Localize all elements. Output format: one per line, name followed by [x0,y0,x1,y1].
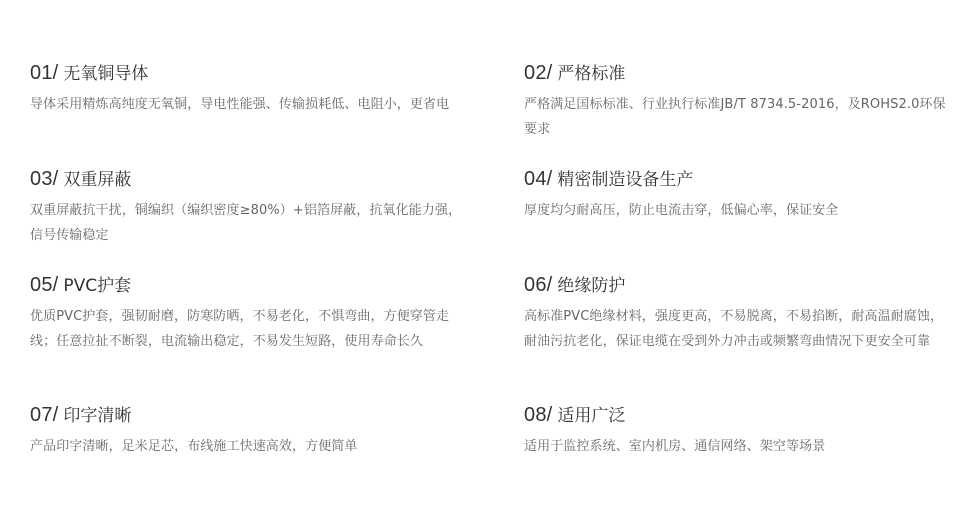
feature-title-text: 适用广泛 [557,404,625,428]
feature-description: 双重屏蔽抗干扰，铜编织（编织密度≥80%）+铝箔屏蔽，抗氧化能力强，信号传输稳定 [30,198,470,248]
feature-number: 07/ [30,403,58,427]
feature-item-shielding: 03/ 双重屏蔽 双重屏蔽抗干扰，铜编织（编织密度≥80%）+铝箔屏蔽，抗氧化能… [30,167,470,248]
feature-item-insulation: 06/ 绝缘防护 高标准PVC绝缘材料，强度更高，不易脱离，不易掐断，耐高温耐腐… [524,273,954,354]
feature-title: 08/ 适用广泛 [524,403,954,428]
feature-grid: 01/ 无氧铜导体 导体采用精炼高纯度无氧铜，导电性能强、传输损耗低、电阻小，更… [0,0,979,518]
feature-description: 适用于监控系统、室内机房、通信网络、架空等场景 [524,434,954,459]
feature-description: 产品印字清晰，足米足芯，布线施工快速高效，方便简单 [30,434,470,459]
feature-title: 06/ 绝缘防护 [524,273,954,298]
feature-number: 01/ [30,61,58,85]
feature-title-text: PVC护套 [63,274,131,298]
feature-number: 08/ [524,403,552,427]
feature-title-text: 严格标准 [557,62,625,86]
feature-item-standard: 02/ 严格标准 严格满足国标标准、行业执行标准JB/T 8734.5-2016… [524,61,954,142]
feature-title: 03/ 双重屏蔽 [30,167,470,192]
feature-title-text: 精密制造设备生产 [557,168,693,192]
feature-title-text: 无氧铜导体 [63,62,148,86]
feature-description: 高标准PVC绝缘材料，强度更高，不易脱离，不易掐断，耐高温耐腐蚀，耐油污抗老化，… [524,304,954,354]
feature-number: 05/ [30,273,58,297]
feature-title-text: 绝缘防护 [557,274,625,298]
feature-title: 04/ 精密制造设备生产 [524,167,954,192]
feature-item-conductor: 01/ 无氧铜导体 导体采用精炼高纯度无氧铜，导电性能强、传输损耗低、电阻小，更… [30,61,470,117]
feature-number: 02/ [524,61,552,85]
feature-number: 06/ [524,273,552,297]
feature-title: 05/ PVC护套 [30,273,470,298]
feature-item-manufacturing: 04/ 精密制造设备生产 厚度均匀耐高压，防止电流击穿，低偏心率，保证安全 [524,167,954,223]
feature-description: 导体采用精炼高纯度无氧铜，导电性能强、传输损耗低、电阻小，更省电 [30,92,470,117]
feature-item-application: 08/ 适用广泛 适用于监控系统、室内机房、通信网络、架空等场景 [524,403,954,459]
feature-description: 严格满足国标标准、行业执行标准JB/T 8734.5-2016，及ROHS2.0… [524,92,954,142]
feature-item-pvc-jacket: 05/ PVC护套 优质PVC护套，强韧耐磨，防寒防晒，不易老化，不惧弯曲，方便… [30,273,470,354]
feature-title: 02/ 严格标准 [524,61,954,86]
feature-number: 04/ [524,167,552,191]
feature-title-text: 双重屏蔽 [63,168,131,192]
feature-number: 03/ [30,167,58,191]
feature-description: 优质PVC护套，强韧耐磨，防寒防晒，不易老化，不惧弯曲，方便穿管走线；任意拉扯不… [30,304,470,354]
feature-title-text: 印字清晰 [63,404,131,428]
feature-title: 01/ 无氧铜导体 [30,61,470,86]
feature-item-printing: 07/ 印字清晰 产品印字清晰，足米足芯，布线施工快速高效，方便简单 [30,403,470,459]
feature-title: 07/ 印字清晰 [30,403,470,428]
feature-description: 厚度均匀耐高压，防止电流击穿，低偏心率，保证安全 [524,198,954,223]
